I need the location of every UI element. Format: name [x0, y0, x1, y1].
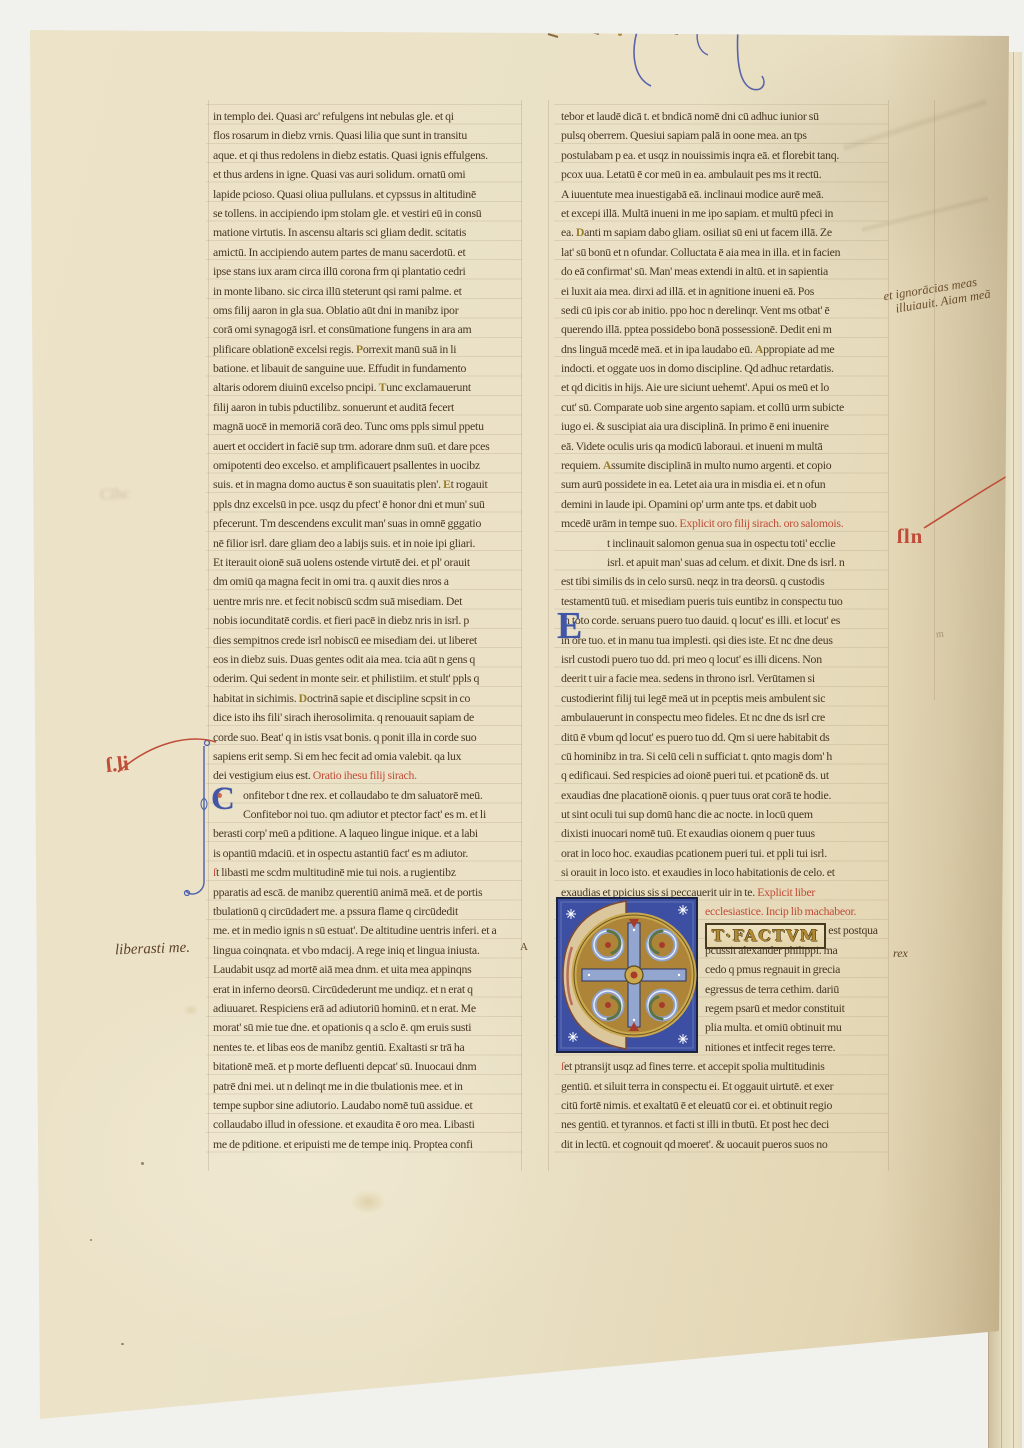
body-text: regem psarū et medor constituit [705, 1001, 845, 1015]
body-text: se tollens. in accipiendo ipm stolam gle… [213, 206, 481, 220]
body-text: ppropiate ad me [763, 342, 834, 356]
body-text: testamentū tuū. et misediam pueris tuis … [561, 594, 843, 608]
text-line: sum aurū possidete in ea. Letet aia ura … [561, 475, 887, 494]
body-text: ut sint oculi tui sup domū hanc die ac n… [561, 807, 813, 821]
body-text: tbulationū q circūdadert me. a pssura fl… [213, 904, 458, 918]
text-line: aque. et qi thus redolens in diebz estat… [213, 146, 517, 165]
text-line: flos rosarum in diebz vrnis. Quasi lilia… [213, 126, 517, 145]
text-line: magnā uocē in memoriā corā deo. Tunc oms… [213, 417, 517, 436]
ruling-vertical [208, 100, 209, 1171]
body-text: ambulauerunt in conspectu meo fideles. E… [561, 710, 825, 724]
body-text: is opantiū mdaciū. et in ospectu astanti… [213, 846, 468, 860]
text-line: q edificaui. Sed respicies ad oionē puer… [561, 766, 887, 785]
text-line: isrl. et apuit man' suas ad celum. et di… [561, 553, 887, 572]
body-text: orrexit manū suā in li [363, 342, 456, 356]
text-line: tbulationū q circūdadert me. a pssura fl… [213, 902, 517, 921]
text-line: querendo illā. pptea possidebo bonā poss… [561, 320, 887, 339]
text-line: et qd dicitis in hijs. Aie ure siciunt u… [561, 378, 887, 397]
body-text: unc exclamauerunt [386, 380, 471, 394]
body-text: suis. et in magna domo auctus ē son suau… [213, 477, 443, 491]
body-text: ditū ē vbum qd locut' es puero tuo dd. Q… [561, 730, 829, 744]
text-line: amictū. In accipiendo autem partes de ma… [213, 243, 517, 262]
text-line: demini in laude ipi. Opamini op' urm ant… [561, 495, 887, 514]
text-line: nes gentiū. et tyrannos. et facti st ill… [561, 1115, 887, 1134]
marginal-gloss-liberasti: liberasti me. [115, 940, 191, 960]
text-line: collaudabo illud in ofessione. et exaudi… [213, 1115, 517, 1134]
text-line: Confitebor noi tuo. qm adiutor et ptecto… [213, 805, 517, 824]
text-line: suis. et in magna domo auctus ē son suau… [213, 475, 517, 494]
illuminated-initial-E [556, 897, 698, 1053]
body-text: dies sempitnos crede isrl nobiscū ee mis… [213, 633, 477, 647]
text-line: ut sint oculi tui sup domū hanc die ac n… [561, 805, 887, 824]
body-text: altaris odorem diuinū excelso pncipi. [213, 380, 379, 394]
text-line: auert et occidert in faciē sup trm. ador… [213, 437, 517, 456]
body-text: aque. et qi thus redolens in diebz estat… [213, 148, 488, 162]
rubric-text: Explicit liber [757, 885, 815, 899]
ruling-vertical [521, 100, 522, 1171]
text-line: requiem. Assumite disciplinā in multo nu… [561, 456, 887, 475]
text-line: dixisti inuocari nomē tuū. Et exaudias o… [561, 824, 887, 843]
body-text: ea. [561, 225, 576, 239]
body-text: postulabam p ea. et usqz in nouissimis i… [561, 148, 839, 162]
body-text: nes gentiū. et tyrannos. et facti st ill… [561, 1117, 829, 1131]
body-text: in toto corde. seruans puero tuo dauid. … [561, 613, 840, 627]
text-line: corde suo. Beat' q in istis vsat bonis. … [213, 728, 517, 747]
text-line: est tibi similis ds in celo sursū. neqz … [561, 572, 887, 591]
tiny-pen-mark: m [935, 629, 944, 641]
body-text: t rogauit [451, 477, 488, 491]
body-text: sapiens erit semp. Si em hec fecit ad om… [213, 749, 461, 763]
text-line: exaudias dne placationē oionis. q puer t… [561, 786, 887, 805]
body-text: cut' sū. Comparate uob sine argento sapi… [561, 400, 844, 414]
body-text: et qd dicitis in hijs. Aie ure siciunt u… [561, 380, 829, 394]
red-marginal-in: ſln [897, 524, 923, 549]
text-line: ipse stans iux aram circa illū corona fr… [213, 262, 517, 281]
body-text: corde suo. Beat' q in istis vsat bonis. … [213, 730, 476, 744]
text-line: oms filij aaron in gla sua. Oblatio aūt … [213, 301, 517, 320]
text-line: uentre mris nre. et fecit nobiscū scdm s… [213, 592, 517, 611]
body-text: octrinā sapie et discipline scpsit in co [307, 691, 470, 705]
body-text: dice isto ihs fili' sirach iherosolimita… [213, 710, 474, 724]
text-line: indocti. et oggate uos in domo disciplin… [561, 359, 887, 378]
body-text: matione virtutis. In ascensu altaris sci… [213, 225, 466, 239]
ruling-vertical [548, 100, 549, 1171]
text-line: tebor et laudē dicā t. et bndicā nomē dn… [561, 107, 887, 126]
text-line: sedi cū ipis cor ab initio. ppo hoc n de… [561, 301, 887, 320]
text-line: eā. Videte oculis uris qa modicū laborau… [561, 437, 887, 456]
text-line: et thus ardens in igne. Quasi vas auri s… [213, 165, 517, 184]
text-line: patrē dni mei. ut n delinqt me in die tb… [213, 1077, 517, 1096]
text-line: lingua coinqnata. et vbo mdacij. A rege … [213, 941, 517, 960]
body-text: ppls dnz excelsū in pce. usqz du pfect' … [213, 497, 485, 511]
body-text: A iuuentute mea inuestigabā eā. inclinau… [561, 187, 824, 201]
gutter-shadow [880, 28, 1010, 1338]
body-text: berasti corp' meū a pditione. A laqueo l… [213, 826, 478, 840]
ink-speck [141, 1162, 144, 1165]
text-line: me. et in medio ignis n sū estuat'. De a… [213, 921, 517, 940]
body-text: D [299, 691, 307, 705]
body-text: in templo dei. Quasi arc' refulgens int … [213, 109, 454, 123]
marginal-correction: A [520, 941, 528, 953]
body-text: Laudabit usqz ad mortē aiā mea dnm. et u… [213, 962, 471, 976]
text-line: berasti corp' meū a pditione. A laqueo l… [213, 824, 517, 843]
body-text: Et iterauit oionē suā uolens ostende vir… [213, 555, 470, 569]
body-text: plia multa. et omiū obtinuit mu [705, 1020, 842, 1034]
text-line: ditū ē vbum qd locut' es puero tuo dd. Q… [561, 728, 887, 747]
body-text: tebor et laudē dicā t. et bndicā nomē dn… [561, 109, 819, 123]
text-line: ei luxit aia mea. dirxi ad illā. et in a… [561, 282, 887, 301]
text-line: ppls dnz excelsū in pce. usqz du pfect' … [213, 495, 517, 514]
text-line: in templo dei. Quasi arc' refulgens int … [213, 107, 517, 126]
text-line: habitat in sichimis. Doctrinā sapie et d… [213, 689, 517, 708]
body-text: flos rosarum in diebz vrnis. Quasi lilia… [213, 128, 467, 142]
body-text: anti m sapiam dabo gliam. osiliat sū eni… [584, 225, 832, 239]
body-text: amictū. In accipiendo autem partes de ma… [213, 245, 466, 259]
ink-showthrough: Cīhc [100, 485, 131, 505]
text-line: dns linguā mcedē meā. et in ipa laudabo … [561, 340, 887, 359]
text-line: cū hominibz in tra. Si celū celi n suffi… [561, 747, 887, 766]
text-line: ambulauerunt in conspectu meo fideles. E… [561, 708, 887, 727]
body-text: pulsq oberrem. Quesiui sapiam palā in oo… [561, 128, 807, 142]
body-text: oms filij aaron in gla sua. Oblatio aūt … [213, 303, 458, 317]
text-line: in ore tuo. et in manu tua implesti. qsi… [561, 631, 887, 650]
text-line: is opantiū mdaciū. et in ospectu astanti… [213, 844, 517, 863]
body-text: batione. et libauit de sanguine uue. Eff… [213, 361, 466, 375]
text-line: isrl custodi puero tuo dd. pri meo q loc… [561, 650, 887, 669]
body-text: nē filior isrl. dare gliam deo a labijs … [213, 536, 475, 550]
body-text: onfitebor t dne rex. et collaudabo te dm… [243, 788, 483, 802]
ink-speck [121, 1343, 124, 1345]
body-text: me. et in medio ignis n sū estuat'. De a… [213, 923, 496, 937]
body-text: ssumite disciplinā in multo numo argenti… [611, 458, 831, 472]
body-text: est tibi similis ds in celo sursū. neqz … [561, 574, 824, 588]
red-flourish [112, 728, 222, 776]
body-text: mcedē urām in tempe suo. [561, 516, 679, 530]
body-text: isrl custodi puero tuo dd. pri meo q loc… [561, 652, 822, 666]
text-line: dei vestigium eius est. Oratio ihesu fil… [213, 766, 517, 785]
body-text: D [576, 225, 584, 239]
body-text: A [755, 342, 763, 356]
body-text: gentiū. et siluit terra in conspectu ei.… [561, 1079, 833, 1093]
body-text: citū fortē nimis. et exaltatū ē et eleua… [561, 1098, 832, 1112]
body-text: deerit t uir a facie mea. sedens in thro… [561, 671, 815, 685]
body-text: egressus de terra cethim. dariū [705, 982, 839, 996]
body-text: nitiones et intfecit reges terre. [705, 1040, 835, 1054]
text-line: se tollens. in accipiendo ipm stolam gle… [213, 204, 517, 223]
body-text: bitationē meā. et p morte defluenti depc… [213, 1059, 476, 1073]
body-text: si orauit in loco isto. et exaudies in l… [561, 865, 835, 879]
text-line: in monte libano. sic circa illū steterun… [213, 282, 517, 301]
body-text: dns linguā mcedē meā. et in ipa laudabo … [561, 342, 755, 356]
body-text: Confitebor noi tuo. qm adiutor et ptecto… [243, 807, 486, 821]
text-line: Laudabit usqz ad mortē aiā mea dnm. et u… [213, 960, 517, 979]
text-line: postulabam p ea. et usqz in nouissimis i… [561, 146, 887, 165]
body-text: lingua coinqnata. et vbo mdacij. A rege … [213, 943, 480, 957]
body-text: dm omiū qa magna fecit in omi tra. q aux… [213, 574, 449, 588]
text-line: lapide pcioso. Quasi oliua pullulans. et… [213, 185, 517, 204]
body-text: et ptransijt usqz ad fines terre. et acc… [564, 1059, 825, 1073]
body-text: pcox uua. Letatū ē cor meū in ea. ambula… [561, 167, 821, 181]
text-line: filij aaron in tubis pductilibz. sonueru… [213, 398, 517, 417]
body-text: lat' sū bonū et n ofundar. Colluctata ē … [561, 245, 840, 259]
text-line: omipotenti deo excelso. et amplificauert… [213, 456, 517, 475]
marginal-annotation: et ignorācias meas illuiauit. Aiam meā [882, 273, 991, 317]
body-text: in monte libano. sic circa illū steterun… [213, 284, 462, 298]
text-line: matione virtutis. In ascensu altaris sci… [213, 223, 517, 242]
text-line: dice isto ihs fili' sirach iherosolimita… [213, 708, 517, 727]
body-text: A [603, 458, 611, 472]
body-text: uentre mris nre. et fecit nobiscū scdm s… [213, 594, 462, 608]
body-text: eos in diebz suis. Duas gentes odit aia … [213, 652, 475, 666]
text-line: ſt libasti me scdm multitudinē mie tui n… [213, 863, 517, 882]
text-line: dies sempitnos crede isrl nobiscū ee mis… [213, 631, 517, 650]
text-line: et excepi illā. Multā inueni in me ipo s… [561, 204, 887, 223]
text-line: onfitebor t dne rex. et collaudabo te dm… [213, 786, 517, 805]
body-text: E [443, 477, 451, 491]
rubric-text: Explicit oro filij sirach. oro salomois. [679, 516, 843, 530]
text-line: iugo ei. & suscipiat aia ura disciplinā.… [561, 417, 887, 436]
ink-speck [90, 1239, 92, 1241]
text-line: Et iterauit oionē suā uolens ostende vir… [213, 553, 517, 572]
body-text: cū hominibz in tra. Si celū celi n suffi… [561, 749, 832, 763]
penwork-initial-E: E [557, 604, 582, 648]
body-text: et excepi illā. Multā inueni in me ipo s… [561, 206, 833, 220]
text-line: in toto corde. seruans puero tuo dauid. … [561, 611, 887, 630]
body-text: collaudabo illud in ofessione. et exaudi… [213, 1117, 475, 1131]
marginal-gloss-rex: rex [893, 946, 908, 961]
body-text: auert et occidert in faciē sup trm. ador… [213, 439, 489, 453]
body-text: t libasti me scdm multitudinē mie tui no… [216, 865, 456, 879]
body-text: ei luxit aia mea. dirxi ad illā. et in a… [561, 284, 814, 298]
body-text: pfecerunt. Tm descendens exculit man' su… [213, 516, 481, 530]
body-text: adiuuaret. Respiciens erā ad adiutoriū h… [213, 1001, 476, 1015]
text-line: nentes te. et libas eos de manibz gentiū… [213, 1038, 517, 1057]
text-column-left: in templo dei. Quasi arc' refulgens int … [213, 107, 517, 1154]
penwork-initial-C: C [211, 781, 235, 818]
text-line: nē filior isrl. dare gliam deo a labijs … [213, 534, 517, 553]
body-text: filij aaron in tubis pductilibz. sonueru… [213, 400, 454, 414]
text-line: deerit t uir a facie mea. sedens in thro… [561, 669, 887, 688]
text-line: pfecerunt. Tm descendens exculit man' su… [213, 514, 517, 533]
body-text: lapide pcioso. Quasi oliua pullulans. et… [213, 187, 476, 201]
body-text: oderim. Qui sedent in monte seir. et phi… [213, 671, 479, 685]
body-text: exaudias dne placationē oionis. q puer t… [561, 788, 831, 802]
body-text: tempe supbor sine adiutorio. Laudabo nom… [213, 1098, 473, 1112]
initial-letter: C [211, 781, 235, 817]
text-line: me de pditione. et eripuisti me de tempe… [213, 1135, 517, 1154]
text-line: morat' sū mie tue dne. et opationis q a … [213, 1018, 517, 1037]
text-line: eos in diebz suis. Duas gentes odit aia … [213, 650, 517, 669]
body-text: erat in inferno deorsū. Circūdederunt me… [213, 982, 473, 996]
body-text: q edificaui. Sed respicies ad oionē puer… [561, 768, 829, 782]
text-line: citū fortē nimis. et exaltatū ē et eleua… [561, 1096, 887, 1115]
body-text: cedo q pmus regnauit in grecia [705, 962, 840, 976]
body-text: patrē dni mei. ut n delinqt me in die tb… [213, 1079, 463, 1093]
text-line: bitationē meā. et p morte defluenti depc… [213, 1057, 517, 1076]
text-line: ea. Danti m sapiam dabo gliam. osiliat s… [561, 223, 887, 242]
parchment-stain [350, 1190, 386, 1214]
text-line: erat in inferno deorsū. Circūdederunt me… [213, 980, 517, 999]
text-line: A iuuentute mea inuestigabā eā. inclinau… [561, 185, 887, 204]
body-text: ipse stans iux aram circa illū corona fr… [213, 264, 466, 278]
text-line: batione. et libauit de sanguine uue. Eff… [213, 359, 517, 378]
body-text: custodierint filij tui legē meā ut in pc… [561, 691, 825, 705]
body-text: isrl. et apuit man' suas ad celum. et di… [607, 555, 845, 569]
body-text: magnā uocē in memoriā corā deo. Tunc oms… [213, 419, 484, 433]
body-text: demini in laude ipi. Opamini op' urm ant… [561, 497, 816, 511]
text-line: testamentū tuū. et misediam pueris tuis … [561, 592, 887, 611]
body-text: corā omi synagogā isrl. et consūmatione … [213, 322, 471, 336]
body-text: requiem. [561, 458, 603, 472]
body-text: sedi cū ipis cor ab initio. ppo hoc n de… [561, 303, 829, 317]
ruling-vertical [888, 100, 889, 1171]
body-text: et thus ardens in igne. Quasi vas auri s… [213, 167, 465, 181]
text-line: pulsq oberrem. Quesiui sapiam palā in oo… [561, 126, 887, 145]
trimmed-pen-trials [530, 26, 790, 98]
body-text: omipotenti deo excelso. et amplificauert… [213, 458, 480, 472]
body-text: iugo ei. & suscipiat aia ura disciplinā.… [561, 419, 829, 433]
text-line: plificare oblationē excelsi regis. Porre… [213, 340, 517, 359]
text-line: tempe supbor sine adiutorio. Laudabo nom… [213, 1096, 517, 1115]
body-text: do eā confirmat' sū. Man' meas extendi i… [561, 264, 828, 278]
rubric-text: ecclesiastice. Incip lib machabeor. [705, 904, 856, 918]
red-touch [217, 793, 222, 798]
body-text: est postqua [826, 923, 878, 937]
text-line: custodierint filij tui legē meā ut in pc… [561, 689, 887, 708]
body-text: me de pditione. et eripuisti me de tempe… [213, 1137, 473, 1151]
text-line: mcedē urām in tempe suo. Explicit oro fi… [561, 514, 887, 533]
manuscript-folio: in templo dei. Quasi arc' refulgens int … [0, 0, 1024, 1448]
text-line: altaris odorem diuinū excelso pncipi. Tu… [213, 378, 517, 397]
body-text: pcussit alexander philippi. ma [705, 943, 838, 957]
body-text: pparatis ad escā. de manibz querentiū an… [213, 885, 482, 899]
initial-letter: E [557, 605, 582, 647]
ruling-vertical [934, 100, 935, 700]
text-line: t inclinauit salomon genua sua in ospect… [561, 534, 887, 553]
text-line: cut' sū. Comparate uob sine argento sapi… [561, 398, 887, 417]
parchment-stain [183, 1004, 199, 1016]
text-line: si orauit in loco isto. et exaudies in l… [561, 863, 887, 882]
body-text: nentes te. et libas eos de manibz gentiū… [213, 1040, 464, 1054]
folio-edge-line [1013, 52, 1014, 1448]
body-text: querendo illā. pptea possidebo bonā poss… [561, 322, 832, 336]
body-text: sum aurū possidete in ea. Letet aia ura … [561, 477, 825, 491]
text-line: oderim. Qui sedent in monte seir. et phi… [213, 669, 517, 688]
body-text: plificare oblationē excelsi regis. [213, 342, 356, 356]
text-line: gentiū. et siluit terra in conspectu ei.… [561, 1077, 887, 1096]
body-text: habitat in sichimis. [213, 691, 299, 705]
text-line: pparatis ad escā. de manibz querentiū an… [213, 883, 517, 902]
body-text: dit in lectū. et cognouit qd moeret'. & … [561, 1137, 828, 1151]
body-text: orat in loco hoc. exaudias pcationem pue… [561, 846, 827, 860]
rubric-text: Oratio ihesu filij sirach. [313, 768, 417, 782]
body-text: nobis iocunditatē cordis. et fieri pacē … [213, 613, 469, 627]
text-line: dit in lectū. et cognouit qd moeret'. & … [561, 1135, 887, 1154]
text-line: sapiens erit semp. Si em hec fecit ad om… [213, 747, 517, 766]
text-line: adiuuaret. Respiciens erā ad adiutoriū h… [213, 999, 517, 1018]
body-text: dixisti inuocari nomē tuū. Et exaudias o… [561, 826, 815, 840]
body-text: morat' sū mie tue dne. et opationis q a … [213, 1020, 471, 1034]
body-text: indocti. et oggate uos in domo disciplin… [561, 361, 834, 375]
body-text: eā. Videte oculis uris qa modicū laborau… [561, 439, 822, 453]
text-line: pcox uua. Letatū ē cor meū in ea. ambula… [561, 165, 887, 184]
body-text: t inclinauit salomon genua sua in ospect… [607, 536, 835, 550]
text-line: lat' sū bonū et n ofundar. Colluctata ē … [561, 243, 887, 262]
text-line: dm omiū qa magna fecit in omi tra. q aux… [213, 572, 517, 591]
text-line: nobis iocunditatē cordis. et fieri pacē … [213, 611, 517, 630]
text-line: do eā confirmat' sū. Man' meas extendi i… [561, 262, 887, 281]
body-text: in ore tuo. et in manu tua implesti. qsi… [561, 633, 833, 647]
text-line: corā omi synagogā isrl. et consūmatione … [213, 320, 517, 339]
text-line: ſet ptransijt usqz ad fines terre. et ac… [561, 1057, 887, 1076]
text-line: orat in loco hoc. exaudias pcationem pue… [561, 844, 887, 863]
body-text: P [356, 342, 363, 356]
scanned-manuscript: { "page": { "background": "#f1f1ee", "pa… [0, 0, 1024, 1448]
